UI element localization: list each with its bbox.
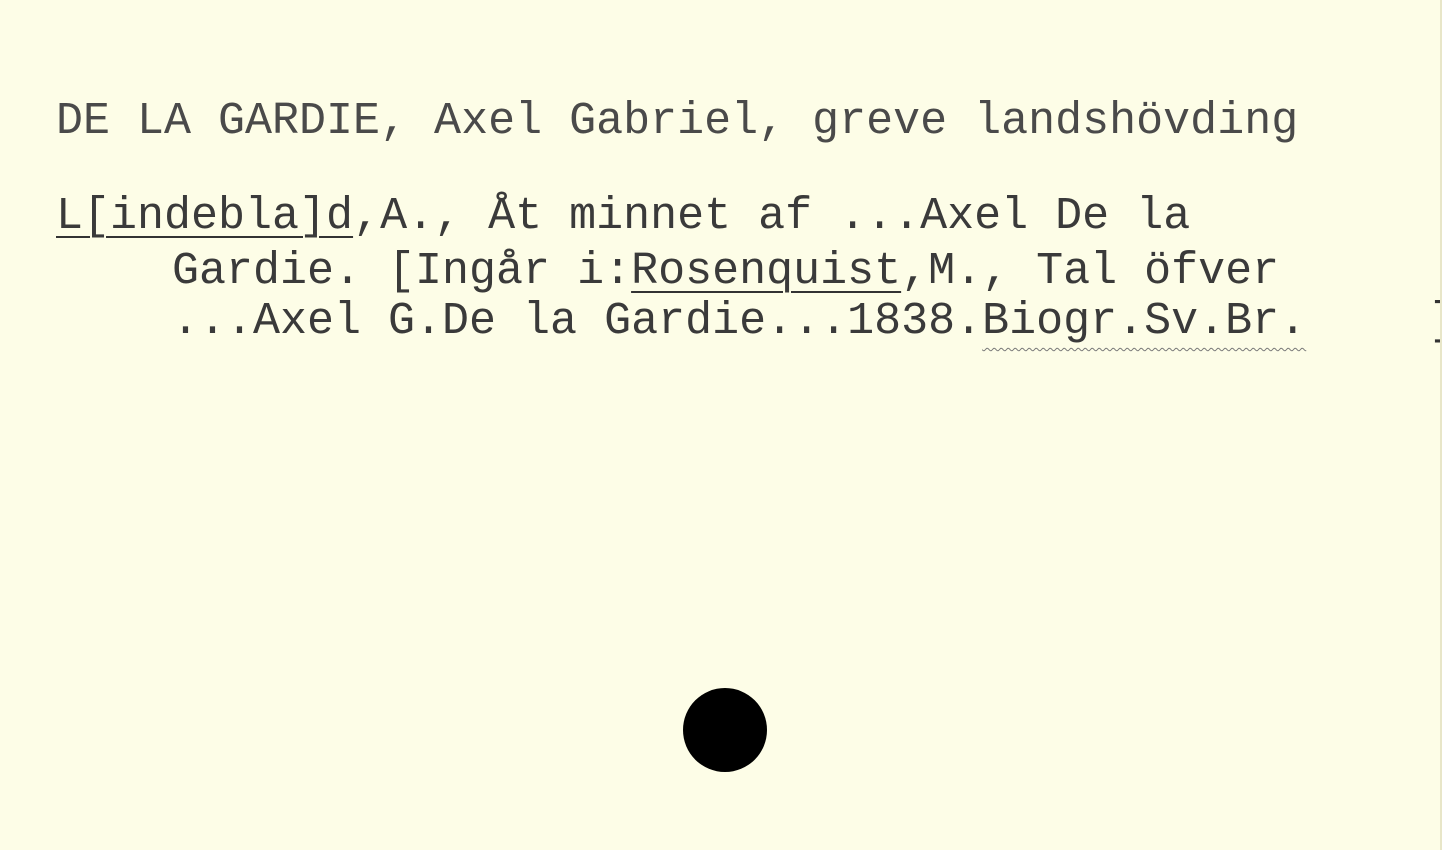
entry-line-3: ...Axel G.De la Gardie...1838.Biogr.Sv.B… [172, 297, 1306, 347]
host-author: Rosenquist [631, 246, 901, 297]
host-title-continued: ...Axel G.De la Gardie...1838. [172, 296, 982, 347]
catalog-card: DE LA GARDIE, Axel Gabriel, greve landsh… [0, 0, 1442, 850]
series-abbreviation: Biogr.Sv.Br. [982, 296, 1306, 347]
punch-hole [683, 688, 767, 772]
entry-title-continued: Gardie. [Ingår i: [172, 246, 631, 297]
entry-line-1: L[indebla]d,A., Åt minnet af ...Axel De … [56, 192, 1190, 242]
entry-line-2: Gardie. [Ingår i:Rosenquist,M., Tal öfve… [172, 247, 1279, 297]
cut-off-bracket: ] [1429, 297, 1442, 347]
entry-title: ,A., Åt minnet af ...Axel De la [353, 191, 1190, 242]
card-heading: DE LA GARDIE, Axel Gabriel, greve landsh… [56, 97, 1298, 147]
entry-author: L[indebla]d [56, 191, 353, 242]
host-title: ,M., Tal öfver [901, 246, 1279, 297]
